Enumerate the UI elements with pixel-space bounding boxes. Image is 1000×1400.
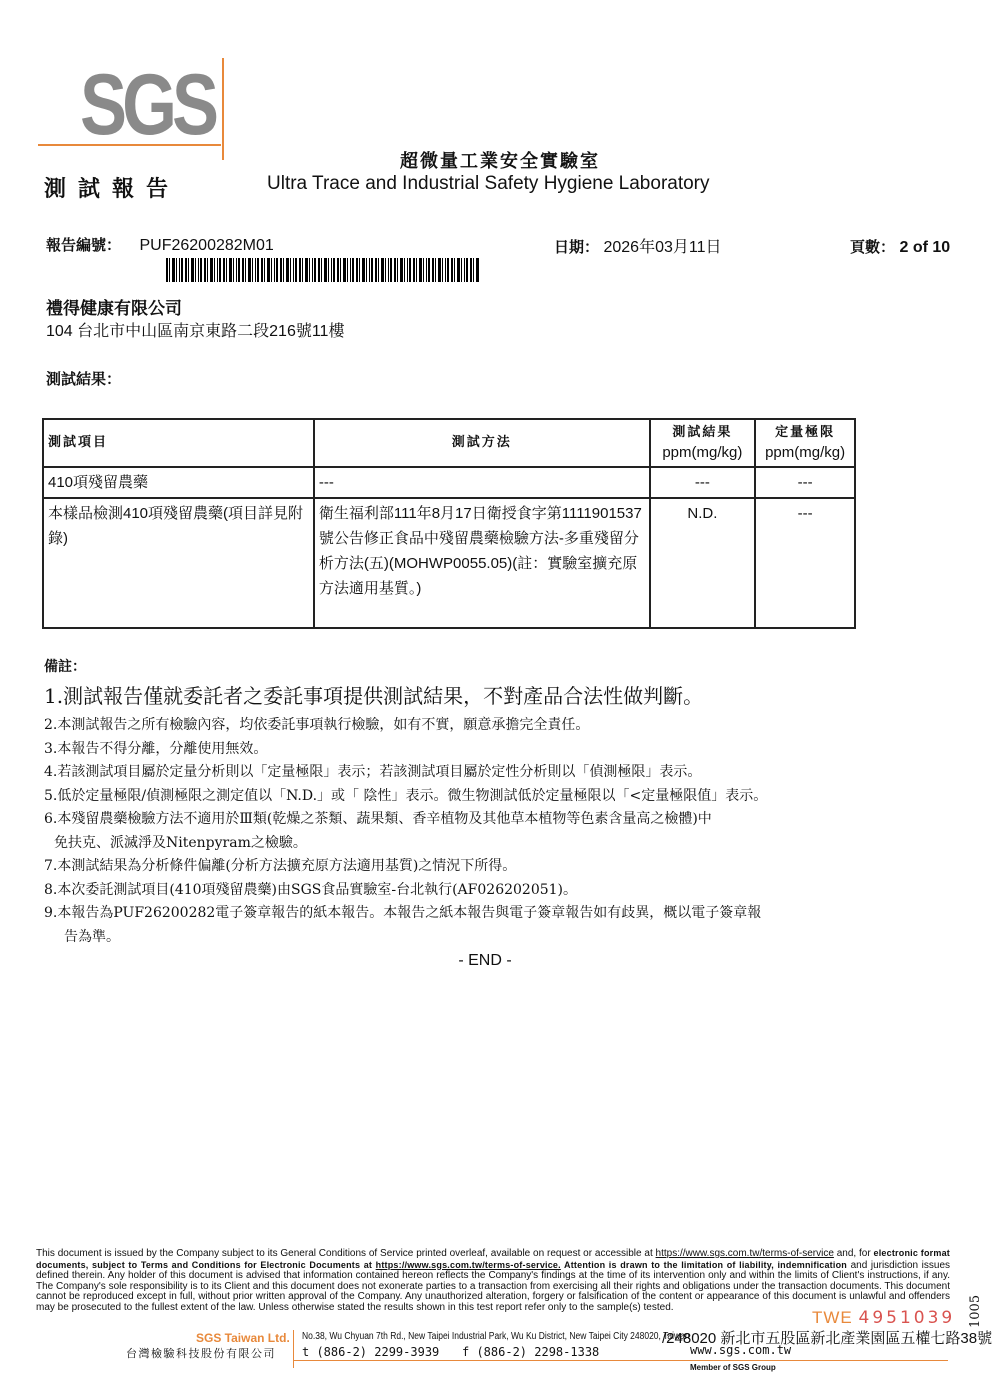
report-number-label: 報告編號：: [46, 236, 121, 254]
cell-loq: ---: [755, 467, 855, 498]
footer-website[interactable]: www.sgs.com.tw: [690, 1343, 791, 1357]
terms-link-electronic[interactable]: https://www.sgs.com.tw/terms-of-service.: [376, 1260, 561, 1270]
client-company: 禮得健康有限公司: [46, 294, 182, 319]
table-row: 410項殘留農藥 --- --- ---: [43, 467, 855, 498]
logo-horizontal-rule: [38, 144, 221, 146]
header-loq: 定量極限 ppm(mg/kg): [755, 419, 855, 467]
sgs-taiwan-name-en: SGS Taiwan Ltd.: [196, 1331, 290, 1345]
lab-name-english: Ultra Trace and Industrial Safety Hygien…: [267, 173, 710, 195]
cell-result: ---: [650, 467, 756, 498]
page-label: 頁數：: [850, 238, 895, 256]
note-5: 5.低於定量極限/偵測極限之測定值以「N.D.」或「 陰性」表示。微生物測試低於…: [44, 785, 944, 809]
table-row: 本樣品檢測410項殘留農藥(項目詳見附錄) 衛生福利部111年8月17日衛授食字…: [43, 498, 855, 628]
cell-item: 本樣品檢測410項殘留農藥(項目詳見附錄): [43, 498, 314, 628]
note-3: 3.本報告不得分離，分離使用無效。: [44, 738, 944, 762]
note-1: 1.測試報告僅就委託者之委託事項提供測試結果，不對產品合法性做判斷。: [44, 682, 944, 710]
cell-method: ---: [314, 467, 650, 498]
cell-result: N.D.: [650, 498, 756, 628]
client-address: 104 台北市中山區南京東路二段216號11樓: [46, 318, 344, 341]
sgs-logo: SGS: [80, 62, 214, 148]
footer-telephone: t (886-2) 2299-3939: [302, 1345, 439, 1359]
note-7: 7.本測試結果為分析條件偏離(分析方法擴充原方法適用基質)之情況下所得。: [44, 855, 944, 879]
header-test-result: 測試結果 ppm(mg/kg): [650, 419, 756, 467]
report-title: 測試報告: [44, 172, 180, 203]
results-table: 測試項目 測試方法 測試結果 ppm(mg/kg) 定量極限 ppm(mg/kg…: [42, 418, 856, 629]
notes-section: 備註： 1.測試報告僅就委託者之委託事項提供測試結果，不對產品合法性做判斷。 2…: [44, 656, 944, 949]
footer-member-label: Member of SGS Group: [690, 1363, 776, 1372]
terms-link[interactable]: https://www.sgs.com.tw/terms-of-service: [656, 1248, 834, 1259]
cell-item: 410項殘留農藥: [43, 467, 314, 498]
note-8: 8.本次委託測試項目(410項殘留農藥)由SGS食品實驗室-台北執行(AF026…: [44, 879, 944, 903]
footer-vertical-rule: [293, 1330, 294, 1368]
page-count: 頁數： 2 of 10: [850, 236, 950, 257]
note-2: 2.本測試報告之所有檢驗內容，均依委託事項執行檢驗，如有不實，願意承擔完全責任。: [44, 714, 944, 738]
header-test-item: 測試項目: [43, 419, 314, 467]
footer-address-en: No.38, Wu Chyuan 7th Rd., New Taipei Ind…: [302, 1331, 690, 1342]
table-header-row: 測試項目 測試方法 測試結果 ppm(mg/kg) 定量極限 ppm(mg/kg…: [43, 419, 855, 467]
logo-vertical-rule: [222, 58, 224, 160]
date-value: 2026年03月11日: [603, 239, 721, 256]
barcode: [166, 258, 480, 282]
note-9: 9.本報告為PUF26200282電子簽章報告的紙本報告。本報告之紙本報告與電子…: [44, 902, 944, 926]
results-label: 測試結果：: [46, 368, 121, 389]
note-6-continued: 免扶克、派滅淨及Nitenpyram之檢驗。: [44, 832, 944, 856]
footer-horizontal-rule: [293, 1360, 948, 1361]
report-date: 日期： 2026年03月11日: [554, 234, 721, 257]
report-number: 報告編號： PUF26200282M01: [46, 234, 274, 255]
note-4: 4.若該測試項目屬於定量分析則以「定量極限」表示；若該測試項目屬於定性分析則以「…: [44, 761, 944, 785]
side-number: 1005: [968, 1295, 983, 1328]
legal-disclaimer: This document is issued by the Company s…: [36, 1248, 950, 1313]
page-value: 2 of 10: [899, 239, 950, 256]
end-marker: - END -: [0, 952, 970, 970]
lab-name-chinese: 超微量工業安全實驗室: [400, 147, 600, 173]
report-number-value: PUF26200282M01: [139, 237, 273, 254]
cell-loq: ---: [755, 498, 855, 628]
note-6: 6.本殘留農藥檢驗方法不適用於Ⅲ類(乾燥之茶類、蔬果類、香辛植物及其他草本植物等…: [44, 808, 944, 832]
cell-method: 衛生福利部111年8月17日衛授食字第1111901537號公告修正食品中殘留農…: [314, 498, 650, 628]
date-label: 日期：: [554, 238, 599, 256]
notes-title: 備註：: [44, 656, 944, 676]
note-9-continued: 告為準。: [44, 926, 944, 950]
header-test-method: 測試方法: [314, 419, 650, 467]
sgs-taiwan-name-cn: 台灣檢驗科技股份有限公司: [126, 1345, 276, 1361]
serial-number: TWE 4951039: [812, 1308, 955, 1328]
footer-fax: f (886-2) 2298-1338: [462, 1345, 599, 1359]
